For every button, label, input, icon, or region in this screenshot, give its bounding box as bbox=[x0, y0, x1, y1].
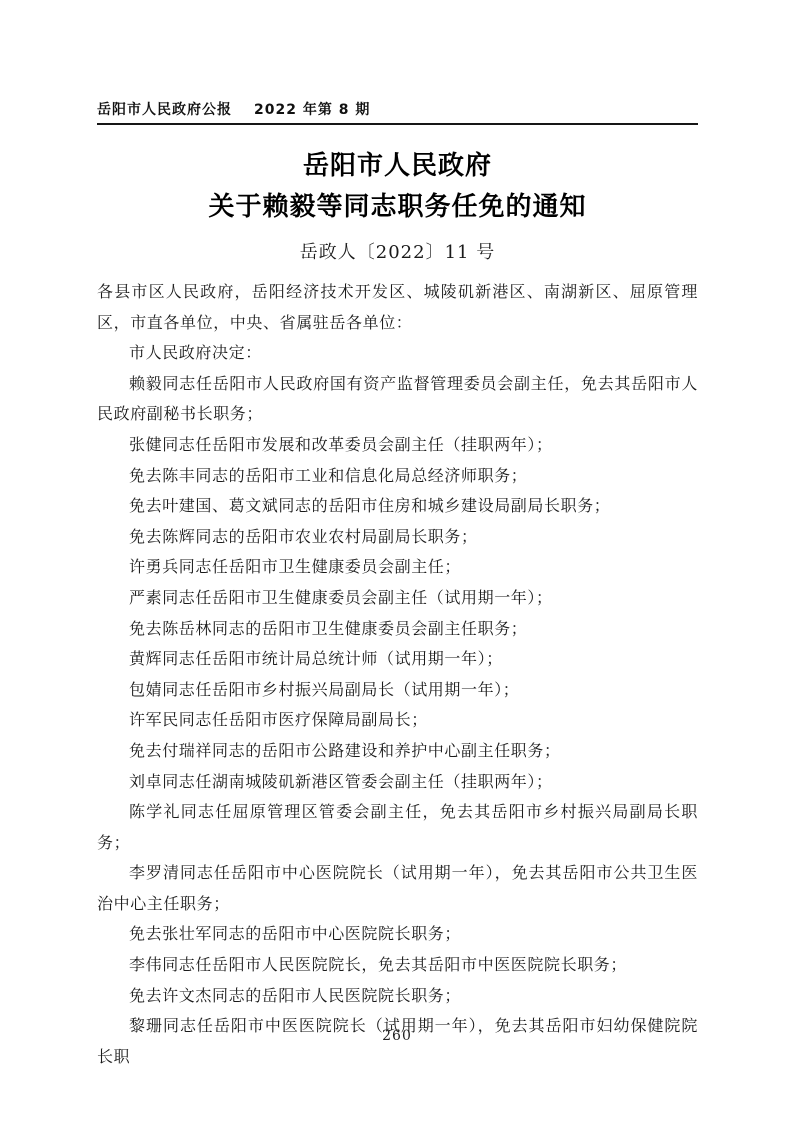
decision-intro: 市人民政府决定： bbox=[97, 338, 698, 369]
appointment-list: 赖毅同志任岳阳市人民政府国有资产监督管理委员会副主任，免去其岳阳市人民政府副秘书… bbox=[97, 369, 698, 1073]
appointment-item: 陈学礼同志任屈原管理区管委会副主任，免去其岳阳市乡村振兴局副局长职务； bbox=[97, 797, 698, 858]
appointment-item: 许勇兵同志任岳阳市卫生健康委员会副主任； bbox=[97, 552, 698, 583]
appointment-item: 许军民同志任岳阳市医疗保障局副局长； bbox=[97, 705, 698, 736]
appointment-item: 免去陈岳林同志的岳阳市卫生健康委员会副主任职务； bbox=[97, 614, 698, 645]
appointment-item: 李伟同志任岳阳市人民医院院长，免去其岳阳市中医医院院长职务； bbox=[97, 950, 698, 981]
title-line-1: 岳阳市人民政府 bbox=[97, 146, 698, 187]
appointment-item: 李罗清同志任岳阳市中心医院院长（试用期一年），免去其岳阳市公共卫生医治中心主任职… bbox=[97, 858, 698, 919]
issue-number: 2022 年第 8 期 bbox=[254, 102, 370, 118]
title-line-2: 关于赖毅等同志职务任免的通知 bbox=[97, 187, 698, 228]
salutation: 各县市区人民政府，岳阳经济技术开发区、城陵矶新港区、南湖新区、屈原管理区，市直各… bbox=[97, 277, 698, 338]
running-header: 岳阳市人民政府公报2022 年第 8 期 bbox=[97, 100, 698, 120]
gazette-name: 岳阳市人民政府公报 bbox=[97, 102, 232, 118]
appointment-item: 免去叶建国、葛文斌同志的岳阳市住房和城乡建设局副局长职务； bbox=[97, 491, 698, 522]
document-body: 各县市区人民政府，岳阳经济技术开发区、城陵矶新港区、南湖新区、屈原管理区，市直各… bbox=[97, 277, 698, 1072]
appointment-item: 免去许文杰同志的岳阳市人民医院院长职务； bbox=[97, 981, 698, 1012]
appointment-item: 免去付瑞祥同志的岳阳市公路建设和养护中心副主任职务； bbox=[97, 736, 698, 767]
gazette-page: 岳阳市人民政府公报2022 年第 8 期 岳阳市人民政府 关于赖毅等同志职务任免… bbox=[0, 0, 794, 1122]
appointment-item: 免去张壮军同志的岳阳市中心医院院长职务； bbox=[97, 919, 698, 950]
document-number: 岳政人〔2022〕11 号 bbox=[97, 240, 698, 266]
appointment-item: 赖毅同志任岳阳市人民政府国有资产监督管理委员会副主任，免去其岳阳市人民政府副秘书… bbox=[97, 369, 698, 430]
appointment-item: 包婧同志任岳阳市乡村振兴局副局长（试用期一年）； bbox=[97, 675, 698, 706]
appointment-item: 黄辉同志任岳阳市统计局总统计师（试用期一年）； bbox=[97, 644, 698, 675]
document-title: 岳阳市人民政府 关于赖毅等同志职务任免的通知 bbox=[97, 146, 698, 228]
header-rule bbox=[97, 123, 698, 125]
page-number: 260 bbox=[0, 1028, 794, 1044]
appointment-item: 刘卓同志任湖南城陵矶新港区管委会副主任（挂职两年）； bbox=[97, 767, 698, 798]
appointment-item: 免去陈辉同志的岳阳市农业农村局副局长职务； bbox=[97, 522, 698, 553]
appointment-item: 张健同志任岳阳市发展和改革委员会副主任（挂职两年）； bbox=[97, 430, 698, 461]
appointment-item: 免去陈丰同志的岳阳市工业和信息化局总经济师职务； bbox=[97, 461, 698, 492]
appointment-item: 严素同志任岳阳市卫生健康委员会副主任（试用期一年）； bbox=[97, 583, 698, 614]
